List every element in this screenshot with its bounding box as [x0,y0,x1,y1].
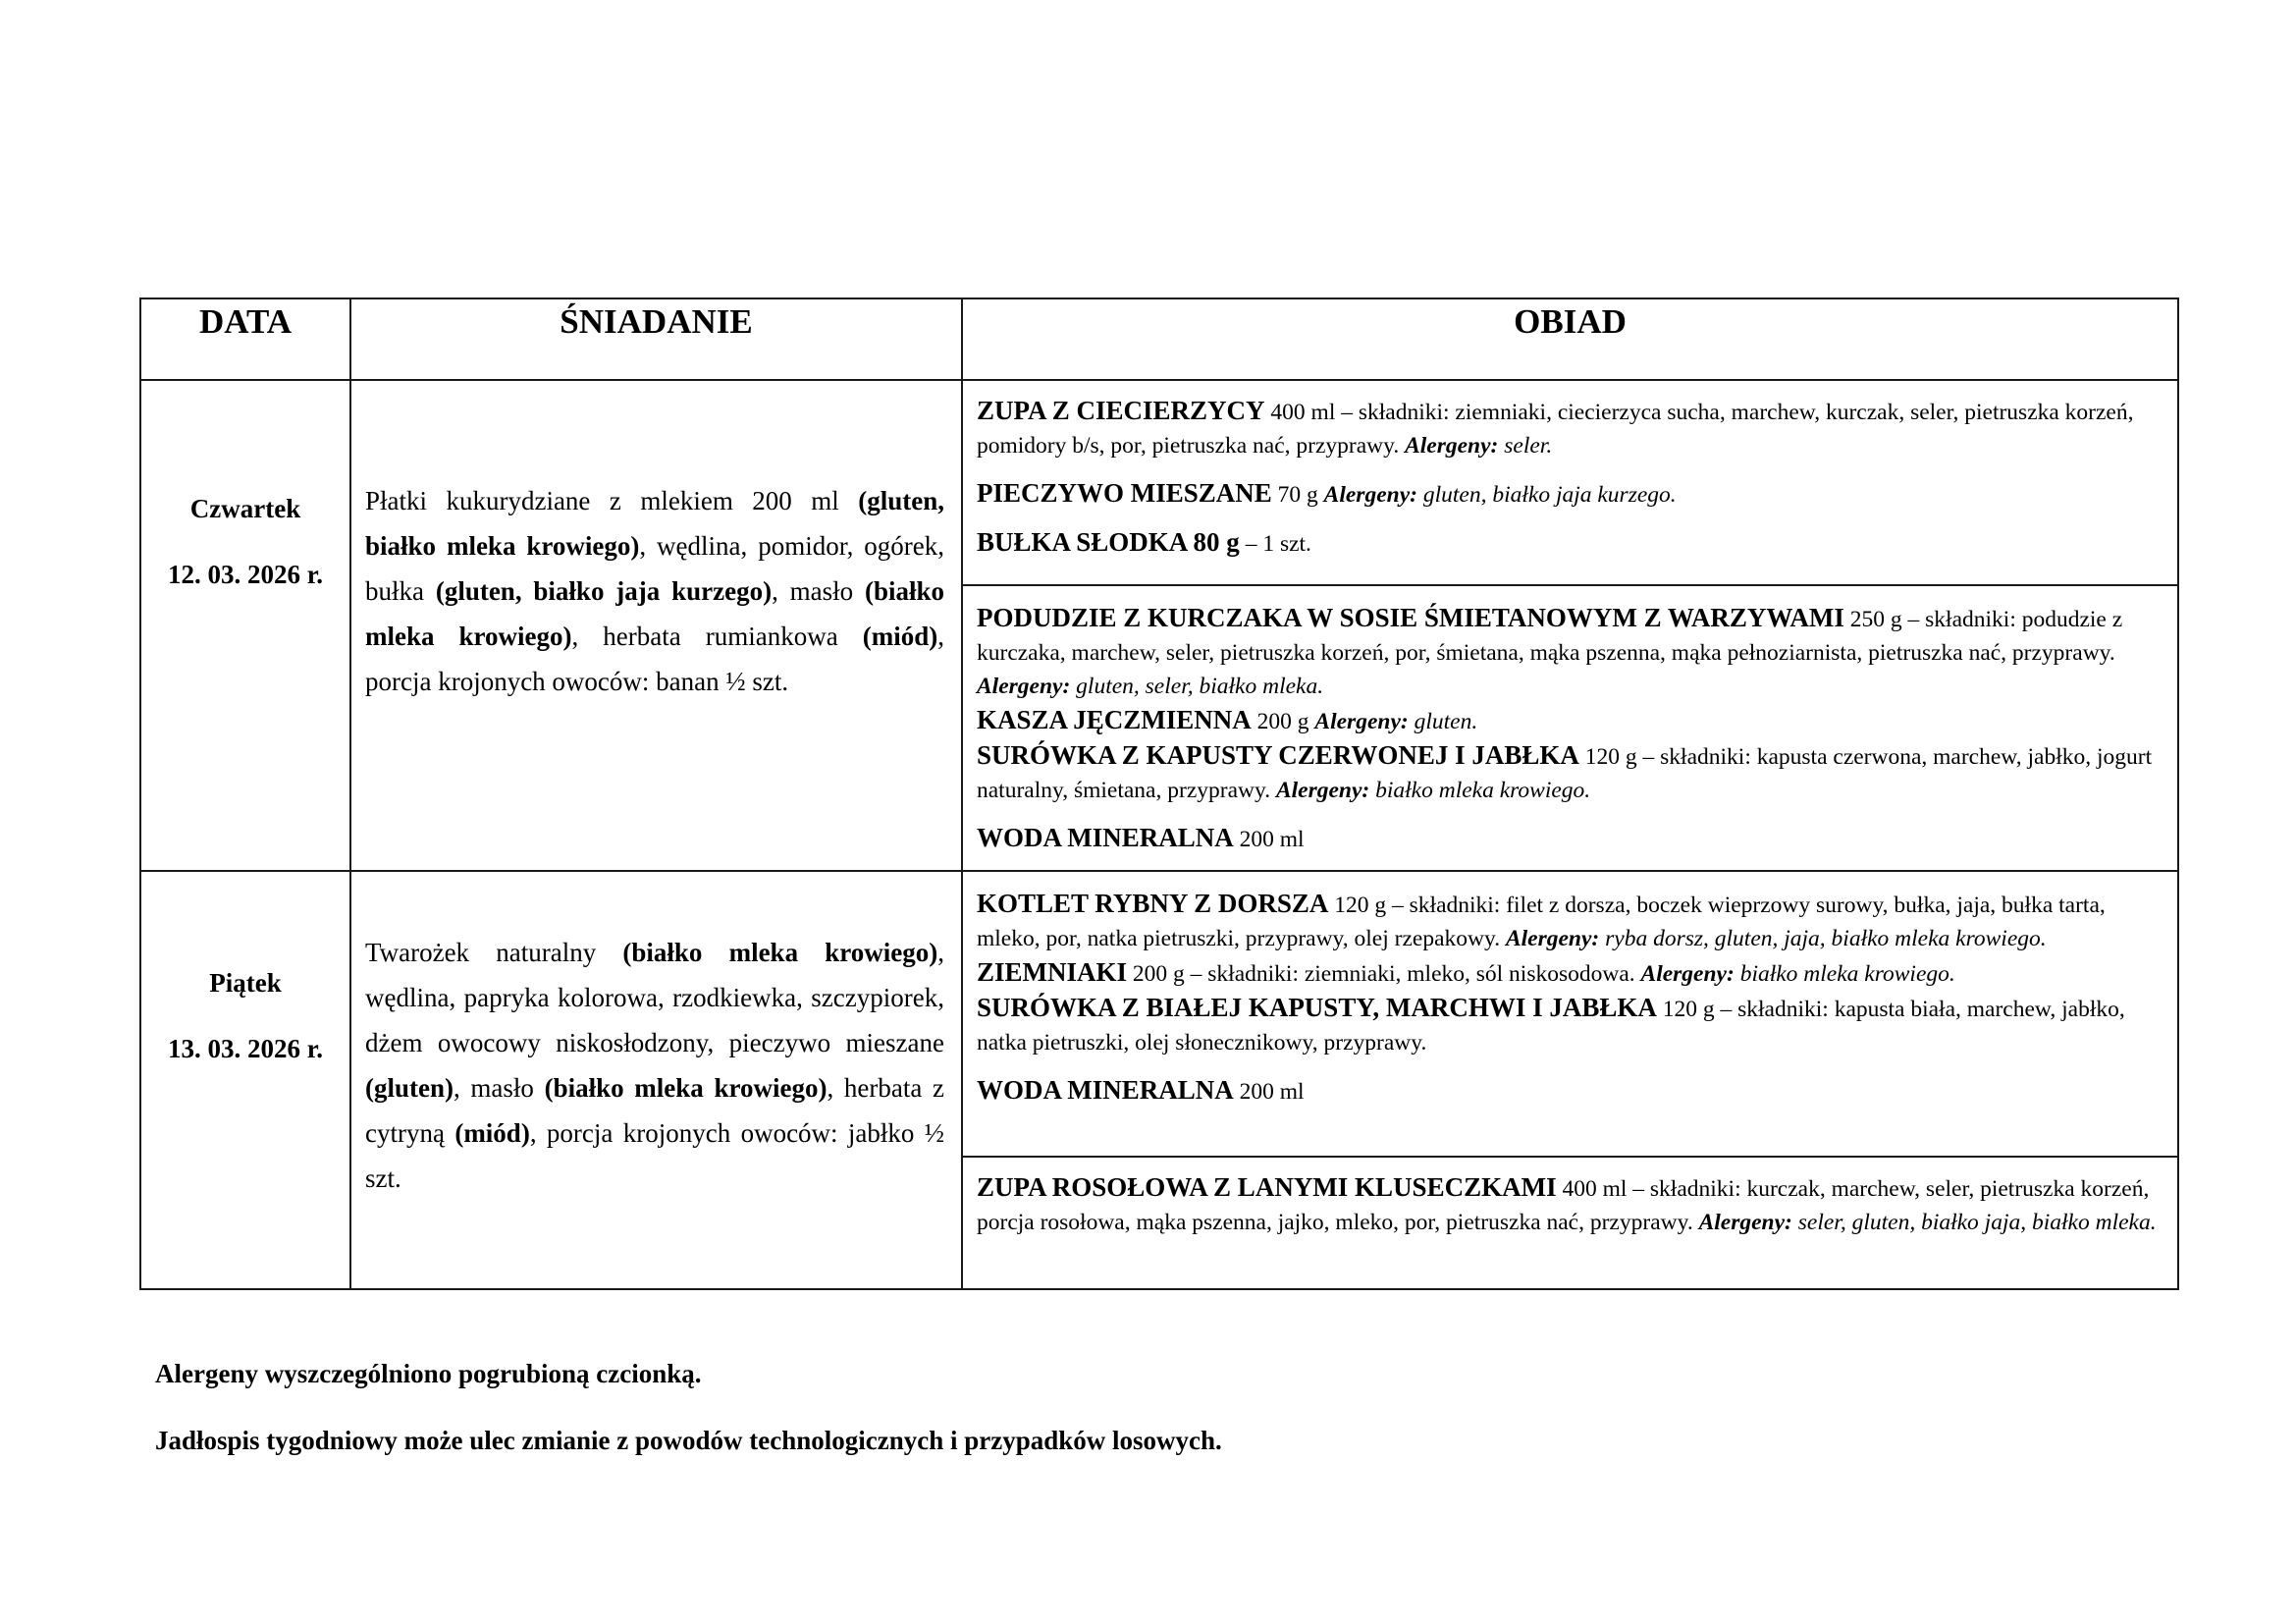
dish-detail: 200 ml [1234,1079,1305,1105]
dish-name: ZUPA Z CIECIERZYCY [977,396,1265,425]
allergen-label: Alergeny: [1699,1210,1792,1235]
allergen-list: ryba dorsz, gluten, jaja, białko mleka k… [1599,926,2046,951]
header-lunch: OBIAD [962,298,2178,380]
breakfast-cell-thursday: Płatki kukurydziane z mlekiem 200 ml (gl… [350,380,962,871]
change-note: Jadłospis tygodniowy może ulec zmianie z… [155,1426,1222,1456]
dish-name: ZIEMNIAKI [977,957,1127,987]
dish-name: ZUPA ROSOŁOWA Z LANYMI KLUSECZKAMI [977,1172,1557,1202]
text-run: , masło [454,1073,545,1103]
allergen-highlight: (miód) [863,622,938,651]
allergen-list: gluten, białko jaja kurzego. [1417,482,1677,508]
dish-name: KOTLET RYBNY Z DORSZA [977,889,1328,918]
allergen-list: białko mleka krowiego. [1369,778,1590,803]
allergen-label: Alergeny: [1405,433,1498,459]
allergens-note: Alergeny wyszczególniono pogrubioną czci… [155,1359,701,1389]
allergen-highlight: (białko mleka krowiego) [545,1073,828,1103]
text-run: Twarożek naturalny [365,938,622,967]
allergen-label: Alergeny: [1641,961,1735,987]
text-run: , herbata rumiankowa [572,622,863,651]
header-lunch-label: OBIAD [1514,302,1627,342]
dish-name: BUŁKA SŁODKA 80 g [977,527,1240,557]
lunch-cell-thursday-soup: ZUPA Z CIECIERZYCY 400 ml – składniki: z… [962,380,2178,585]
dish-name: SURÓWKA Z BIAŁEJ KAPUSTY, MARCHWI I JABŁ… [977,993,1657,1022]
allergen-list: białko mleka krowiego. [1735,961,1955,987]
breakfast-cell-friday: Twarożek naturalny (białko mleka krowieg… [350,871,962,1289]
text-run: Płatki kukurydziane z mlekiem 200 ml [365,486,858,515]
text-run: , masło [772,576,865,606]
dish-item: BUŁKA SŁODKA 80 g – 1 szt. [977,525,2168,561]
dish-name: PIECZYWO MIESZANE [977,478,1272,508]
allergen-label: Alergeny: [1506,926,1599,951]
allergen-label: Alergeny: [977,674,1070,699]
breakfast-text: Płatki kukurydziane z mlekiem 200 ml (gl… [365,478,944,704]
allergen-highlight: (gluten) [365,1073,454,1103]
dish-detail: 200 g – składniki: ziemniaki, mleko, sól… [1127,961,1640,987]
dish-detail: 200 g [1252,709,1315,734]
allergen-label: Alergeny: [1314,709,1408,734]
lunch-cell-friday-main: KOTLET RYBNY Z DORSZA 120 g – składniki:… [962,871,2178,1157]
dish-item: SURÓWKA Z KAPUSTY CZERWONEJ I JABŁKA 120… [977,738,2168,807]
allergen-label: Alergeny: [1276,778,1369,803]
dish-name: KASZA JĘCZMIENNA [977,705,1252,734]
dish-name: WODA MINERALNA [977,823,1234,852]
allergen-highlight: (gluten, białko jaja kurzego) [436,576,772,606]
date-cell-friday: Piątek 13. 03. 2026 r. [140,871,350,1289]
breakfast-text: Twarożek naturalny (białko mleka krowieg… [365,930,944,1201]
allergen-list: seler, gluten, białko jaja, białko mleka… [1792,1210,2157,1235]
allergen-label: Alergeny: [1324,482,1417,508]
allergen-list: seler. [1498,433,1552,459]
date-cell-thursday: Czwartek 12. 03. 2026 r. [140,380,350,871]
dish-item: PIECZYWO MIESZANE 70 g Alergeny: gluten,… [977,476,2168,512]
day-date: 12. 03. 2026 r. [168,560,323,590]
dish-item: SURÓWKA Z BIAŁEJ KAPUSTY, MARCHWI I JABŁ… [977,991,2168,1059]
dish-name: SURÓWKA Z KAPUSTY CZERWONEJ I JABŁKA [977,740,1579,770]
allergen-list: gluten, seler, białko mleka. [1070,674,1323,699]
dish-item: KOTLET RYBNY Z DORSZA 120 g – składniki:… [977,887,2168,955]
allergen-highlight: (białko mleka krowiego) [622,938,937,967]
dish-name: WODA MINERALNA [977,1075,1234,1105]
header-breakfast: ŚNIADANIE [350,298,962,380]
allergen-list: gluten. [1409,709,1478,734]
dish-item: WODA MINERALNA 200 ml [977,1073,2168,1109]
dish-item: KASZA JĘCZMIENNA 200 g Alergeny: gluten. [977,703,2168,738]
dish-item: WODA MINERALNA 200 ml [977,821,2168,856]
header-date: DATA [140,298,350,380]
header-breakfast-label: ŚNIADANIE [560,302,752,342]
allergen-highlight: (miód) [454,1118,530,1148]
dish-item: ZIEMNIAKI 200 g – składniki: ziemniaki, … [977,955,2168,991]
dish-name: PODUDZIE Z KURCZAKA W SOSIE ŚMIETANOWYM … [977,603,1844,632]
dish-detail: – 1 szt. [1240,531,1311,557]
dish-item: PODUDZIE Z KURCZAKA W SOSIE ŚMIETANOWYM … [977,601,2168,703]
dish-item: ZUPA Z CIECIERZYCY 400 ml – składniki: z… [977,394,2168,462]
day-date: 13. 03. 2026 r. [168,1034,323,1064]
lunch-cell-thursday-main: PODUDZIE Z KURCZAKA W SOSIE ŚMIETANOWYM … [962,585,2178,871]
dish-detail: 70 g [1272,482,1324,508]
lunch-cell-friday-soup: ZUPA ROSOŁOWA Z LANYMI KLUSECZKAMI 400 m… [962,1157,2178,1289]
day-name: Czwartek [190,494,300,524]
header-date-label: DATA [199,302,292,342]
menu-page: DATA ŚNIADANIE OBIAD Czwartek 12. 03. 20… [0,0,2296,1624]
dish-item: ZUPA ROSOŁOWA Z LANYMI KLUSECZKAMI 400 m… [977,1170,2168,1239]
dish-detail: 200 ml [1234,827,1305,852]
day-name: Piątek [209,968,282,999]
